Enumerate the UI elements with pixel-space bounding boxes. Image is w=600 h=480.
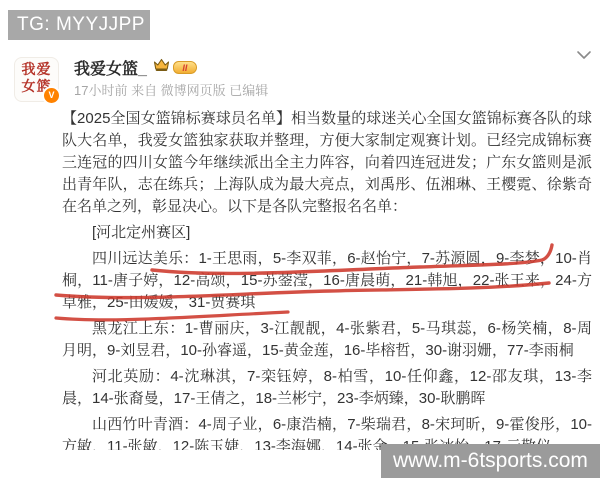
post-content: 【2025全国女篮锦标赛球员名单】相当数量的球迷关心全国女篮锦标赛各队的球队大名…	[0, 108, 600, 450]
team-hebei-roster: 河北英励：4-沈琳淇，7-栾钰婷，8-柏雪，10-任仰鑫，12-邵友琪，13-李…	[62, 366, 592, 410]
avatar-text-line1: 我爱	[15, 61, 58, 78]
post-meta: 17小时前 来自 微博网页版 已编辑	[74, 80, 268, 99]
verified-badge-icon: V	[42, 86, 61, 105]
site-watermark: www.m-6tsports.com	[381, 444, 600, 478]
author-row: 我爱女篮_ II	[74, 57, 197, 77]
vip-level-badge: II	[173, 61, 197, 74]
team-sichuan-roster: 四川远达美乐：1-王思雨，5-李双菲，6-赵怡宁，7-苏源圆，9-李梦，10-肖…	[62, 248, 592, 314]
screenshot-root: { "watermark_top": { "text": "TG: MYYJJP…	[0, 0, 600, 480]
telegram-watermark: TG: MYYJJPP	[8, 10, 150, 40]
author-name[interactable]: 我爱女篮_	[74, 56, 147, 79]
region-header: [河北定州赛区]	[62, 222, 592, 244]
post-paragraph-intro: 【2025全国女篮锦标赛球员名单】相当数量的球迷关心全国女篮锦标赛各队的球队大名…	[62, 108, 592, 218]
avatar[interactable]: 我爱 女篮 V	[14, 57, 59, 102]
team-heilongjiang-roster: 黑龙江上东：1-曹丽庆，3-江靓靓，4-张紫君，5-马琪蕊，6-杨笑楠，8-周月…	[62, 318, 592, 362]
crown-icon	[153, 58, 170, 77]
chevron-down-icon[interactable]	[576, 48, 592, 66]
